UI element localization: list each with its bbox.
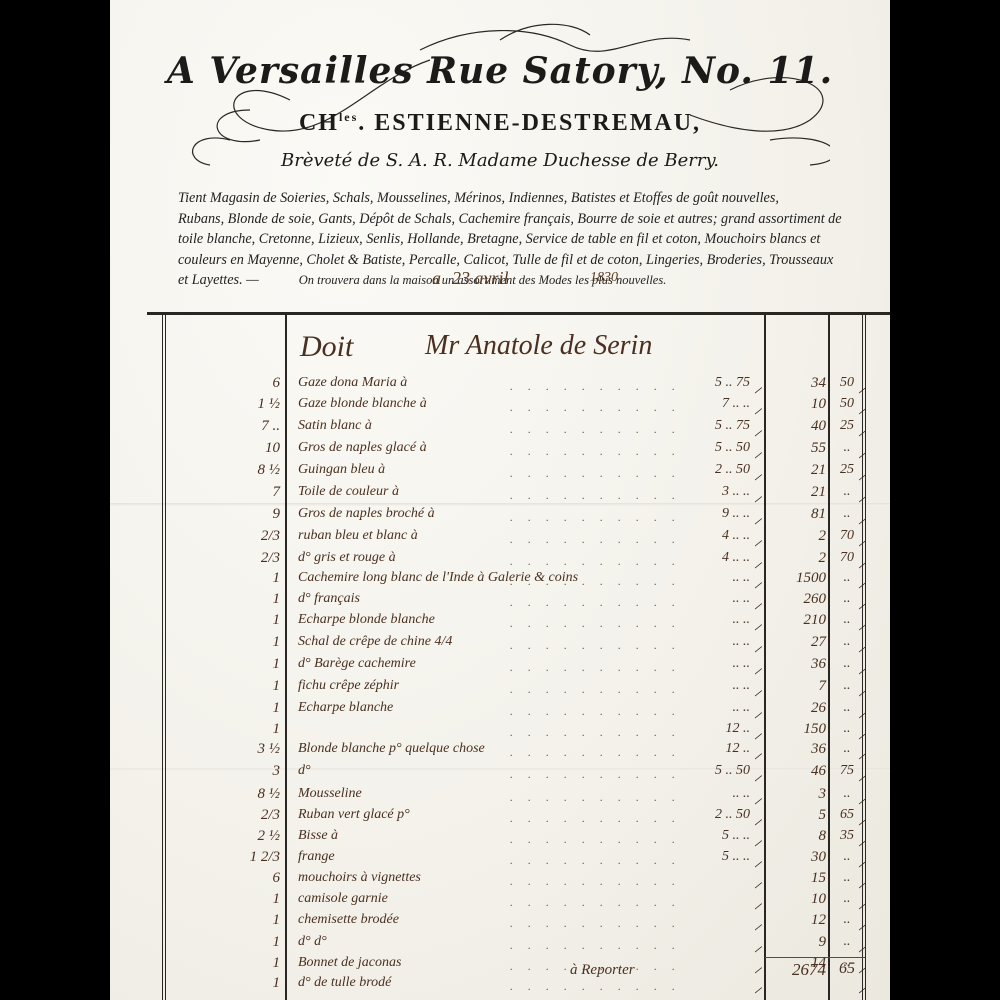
table-row: 7 ..Satin blanc à. . . . . . . . . . . .… [110,418,890,440]
leader-dots: . . . . . . . . . . . . . . [510,554,680,569]
item-quantity: 2/3 [220,807,280,824]
item-quantity: 1 [220,570,280,587]
item-quantity: 10 [220,440,280,457]
item-quantity: 1 [220,656,280,673]
item-quantity: 1 [220,591,280,608]
leader-dots: . . . . . . . . . . . . . . [510,895,680,910]
check-mark-icon: ⸝ [858,934,866,956]
table-row: 1Bonnet de jaconas. . . . . . . . . . . … [110,955,890,977]
item-unit-price: 12 .. [685,741,750,757]
item-description: fichu crêpe zéphir [298,678,399,694]
leader-dots: . . . . . . . . . . . . . . [510,682,680,697]
check-mark-icon: ⸝ [858,462,866,484]
item-amount-francs: 2 [774,550,826,567]
item-amount-francs: 10 [774,396,826,413]
item-description: Ruban vert glacé p° [298,807,410,823]
table-row: 1Echarpe blonde blanche. . . . . . . . .… [110,612,890,634]
item-amount-francs: 150 [774,721,826,738]
trade-line: toile blanche, Cretonne, Lizieux, Senlis… [178,229,888,250]
item-quantity: 1 2/3 [220,849,280,866]
check-mark-icon: ⸝ [754,656,762,678]
doit-label: Doit [300,330,353,364]
leader-dots: . . . . . . . . . . . . . . [510,466,680,481]
check-mark-icon: ⸝ [754,912,762,934]
check-mark-icon: ⸝ [858,828,866,850]
check-mark-icon: ⸝ [754,849,762,871]
check-mark-icon: ⸝ [754,462,762,484]
royal-warrant: Brèveté de S. A. R. Madame Duchesse de B… [110,150,890,171]
item-unit-price: 12 .. [685,721,750,737]
leader-dots: . . . . . . . . . . . . . . [510,725,680,740]
leader-dots: . . . . . . . . . . . . . . [510,422,680,437]
address-heading: A Versailles Rue Satory, No. 11. [110,50,890,92]
item-quantity: 1 [220,955,280,972]
item-unit-price: 2 .. 50 [685,462,750,478]
item-quantity: 2/3 [220,550,280,567]
item-amount-francs: 7 [774,678,826,695]
item-description: Satin blanc à [298,418,372,434]
item-unit-price: 5 .. 50 [685,763,750,779]
item-description: d° gris et rouge à [298,550,396,566]
check-mark-icon: ⸝ [754,721,762,743]
merchant-prefix: CH [299,110,339,136]
check-mark-icon: ⸝ [858,912,866,934]
check-mark-icon: ⸝ [754,418,762,440]
item-unit-price: 5 .. .. [685,828,750,844]
check-mark-icon: ⸝ [858,786,866,808]
leader-dots: . . . . . . . . . . . . . . [510,938,680,953]
item-description: d° de tulle brodé [298,975,391,991]
table-row: 6mouchoirs à vignettes. . . . . . . . . … [110,870,890,892]
check-mark-icon: ⸝ [754,807,762,829]
trade-line: Rubans, Blonde de soie, Gants, Dépôt de … [178,209,888,230]
item-quantity: 1 [220,912,280,929]
check-mark-icon: ⸝ [858,591,866,613]
leader-dots: . . . . . . . . . . . . . . [510,832,680,847]
item-description: camisole garnie [298,891,388,907]
item-description: d° [298,763,311,779]
item-description: Gros de naples broché à [298,506,435,522]
date-year: 1830 [590,270,618,286]
check-mark-icon: ⸝ [858,849,866,871]
check-mark-icon: ⸝ [754,484,762,506]
item-amount-francs: 210 [774,612,826,629]
item-amount-francs: 36 [774,656,826,673]
merchant-surname: ESTIENNE-DESTREMAU, [374,110,701,136]
item-quantity: 1 [220,700,280,717]
item-quantity: 1 [220,678,280,695]
check-mark-icon: ⸝ [754,528,762,550]
leader-dots: . . . . . . . . . . . . . . [510,811,680,826]
table-row: 1d° d°. . . . . . . . . . . . . .⸝9..⸝ [110,934,890,956]
leader-dots: . . . . . . . . . . . . . . [510,660,680,675]
check-mark-icon: ⸝ [858,570,866,592]
trade-line: Tient Magasin de Soieries, Schals, Mouss… [178,188,888,209]
check-mark-icon: ⸝ [754,375,762,397]
item-quantity: 3 [220,763,280,780]
item-quantity: 1 ½ [220,396,280,413]
table-row: 9Gros de naples broché à. . . . . . . . … [110,506,890,528]
check-mark-icon: ⸝ [754,700,762,722]
calligraphic-flourish-icon [170,20,830,170]
table-row: 1Cachemire long blanc de l'Inde à Galeri… [110,570,890,592]
check-mark-icon: ⸝ [858,612,866,634]
check-mark-icon: ⸝ [858,741,866,763]
item-description: Blonde blanche p° quelque chose [298,741,485,757]
table-row: 1. . . . . . . . . . . . . .12 ..⸝150..⸝ [110,721,890,743]
item-quantity: 2 ½ [220,828,280,845]
leader-dots: . . . . . . . . . . . . . . [510,574,680,589]
check-mark-icon: ⸝ [858,375,866,397]
merchant-name: CHles. ESTIENNE-DESTREMAU, [110,110,890,137]
check-mark-icon: ⸝ [858,656,866,678]
check-mark-icon: ⸝ [858,700,866,722]
item-unit-price: .. .. [685,634,750,650]
item-unit-price: .. .. [685,700,750,716]
item-quantity: 1 [220,634,280,651]
trade-line: couleurs en Mayenne, Cholet & Batiste, P… [178,250,888,271]
leader-dots: . . . . . . . . . . . . . . [510,532,680,547]
table-top-rule [147,312,890,315]
invoice-document: A Versailles Rue Satory, No. 11. CHles. … [110,0,890,1000]
table-row: 8 ½Mousseline. . . . . . . . . . . . . .… [110,786,890,808]
leader-dots: . . . . . . . . . . . . . . [510,638,680,653]
item-quantity: 6 [220,870,280,887]
item-unit-price: .. .. [685,678,750,694]
check-mark-icon: ⸝ [858,807,866,829]
item-description: Guingan bleu à [298,462,385,478]
item-unit-price: 5 .. 75 [685,375,750,391]
leader-dots: . . . . . . . . . . . . . . [510,595,680,610]
item-description: chemisette brodée [298,912,399,928]
item-quantity: 7 .. [220,418,280,435]
table-row: 10Gros de naples glacé à. . . . . . . . … [110,440,890,462]
item-unit-price: .. .. [685,656,750,672]
leader-dots: . . . . . . . . . . . . . . [510,400,680,415]
check-mark-icon: ⸝ [754,440,762,462]
check-mark-icon: ⸝ [858,418,866,440]
item-unit-price: 5 .. 75 [685,418,750,434]
leader-dots: . . . . . . . . . . . . . . [510,379,680,394]
carry-forward-cents: 65 [832,960,862,978]
item-description: Bonnet de jaconas [298,955,401,971]
item-amount-francs: 46 [774,763,826,780]
table-row: 2/3Ruban vert glacé p°. . . . . . . . . … [110,807,890,829]
table-row: 1 ½Gaze blonde blanche à. . . . . . . . … [110,396,890,418]
check-mark-icon: ⸝ [858,763,866,785]
item-quantity: 6 [220,375,280,392]
item-amount-francs: 5 [774,807,826,824]
item-amount-francs: 55 [774,440,826,457]
item-unit-price: 5 .. 50 [685,440,750,456]
check-mark-icon: ⸝ [754,786,762,808]
item-amount-francs: 21 [774,462,826,479]
trade-line-last: et Layettes. — [178,272,259,288]
item-quantity: 7 [220,484,280,501]
item-description: mouchoirs à vignettes [298,870,421,886]
carry-forward-label: à Reporter [570,962,635,979]
table-row: 1camisole garnie. . . . . . . . . . . . … [110,891,890,913]
check-mark-icon: ⸝ [754,870,762,892]
check-mark-icon: ⸝ [754,975,762,997]
check-mark-icon: ⸝ [754,550,762,572]
check-mark-icon: ⸝ [858,975,866,997]
item-amount-francs: 36 [774,741,826,758]
item-description: Toile de couleur à [298,484,399,500]
item-description: Gros de naples glacé à [298,440,427,456]
table-row: 7Toile de couleur à. . . . . . . . . . .… [110,484,890,506]
check-mark-icon: ⸝ [754,678,762,700]
item-amount-francs: 8 [774,828,826,845]
item-quantity: 1 [220,721,280,738]
check-mark-icon: ⸝ [858,484,866,506]
table-row: 2 ½Bisse à. . . . . . . . . . . . . .5 .… [110,828,890,850]
table-row: 1Schal de crêpe de chine 4/4. . . . . . … [110,634,890,656]
table-row: 1fichu crêpe zéphir. . . . . . . . . . .… [110,678,890,700]
date-prefix: a [432,268,441,289]
date-day-month: 23 avril [452,268,509,289]
table-row: 6Gaze dona Maria à. . . . . . . . . . . … [110,375,890,397]
table-row: 1Echarpe blanche. . . . . . . . . . . . … [110,700,890,722]
table-row: 2/3ruban bleu et blanc à. . . . . . . . … [110,528,890,550]
item-description: Mousseline [298,786,362,802]
item-description: frange [298,849,335,865]
table-row: 3 ½Blonde blanche p° quelque chose. . . … [110,741,890,763]
leader-dots: . . . . . . . . . . . . . . [510,745,680,760]
check-mark-icon: ⸝ [858,396,866,418]
item-quantity: 1 [220,975,280,992]
check-mark-icon: ⸝ [858,870,866,892]
check-mark-icon: ⸝ [754,763,762,785]
item-quantity: 2/3 [220,528,280,545]
check-mark-icon: ⸝ [754,396,762,418]
item-description: Echarpe blonde blanche [298,612,435,628]
item-amount-francs: 2 [774,528,826,545]
trade-description: Tient Magasin de Soieries, Schals, Mouss… [178,188,888,291]
item-amount-francs: 9 [774,934,826,951]
table-row: 3d°. . . . . . . . . . . . . .5 .. 50⸝46… [110,763,890,785]
leader-dots: . . . . . . . . . . . . . . [510,874,680,889]
item-unit-price: .. .. [685,612,750,628]
item-description: Gaze blonde blanche à [298,396,427,412]
leader-dots: . . . . . . . . . . . . . . [510,444,680,459]
table-row: 1d° de tulle brodé. . . . . . . . . . . … [110,975,890,997]
check-mark-icon: ⸝ [754,612,762,634]
table-row: 8 ½Guingan bleu à. . . . . . . . . . . .… [110,462,890,484]
check-mark-icon: ⸝ [754,570,762,592]
item-description: d° Barège cachemire [298,656,416,672]
item-quantity: 8 ½ [220,786,280,803]
item-quantity: 8 ½ [220,462,280,479]
item-description: Bisse à [298,828,338,844]
item-unit-price: .. .. [685,570,750,586]
item-amount-francs: 30 [774,849,826,866]
table-row: 2/3d° gris et rouge à. . . . . . . . . .… [110,550,890,572]
check-mark-icon: ⸝ [858,550,866,572]
item-amount-francs: 21 [774,484,826,501]
item-quantity: 9 [220,506,280,523]
item-amount-francs: 10 [774,891,826,908]
item-amount-francs: 1500 [774,570,826,587]
item-amount-francs: 12 [774,912,826,929]
item-amount-francs: 27 [774,634,826,651]
check-mark-icon: ⸝ [754,955,762,977]
check-mark-icon: ⸝ [858,721,866,743]
item-amount-francs: 40 [774,418,826,435]
item-quantity: 3 ½ [220,741,280,758]
item-unit-price: 2 .. 50 [685,807,750,823]
check-mark-icon: ⸝ [858,528,866,550]
check-mark-icon: ⸝ [858,506,866,528]
check-mark-icon: ⸝ [754,828,762,850]
item-amount-francs: 15 [774,870,826,887]
check-mark-icon: ⸝ [754,634,762,656]
item-description: d° d° [298,934,327,950]
item-unit-price: .. .. [685,786,750,802]
item-amount-francs: 34 [774,375,826,392]
item-amount-francs: 260 [774,591,826,608]
item-description: Echarpe blanche [298,700,393,716]
item-description: Gaze dona Maria à [298,375,407,391]
leader-dots: . . . . . . . . . . . . . . [510,790,680,805]
check-mark-icon: ⸝ [754,891,762,913]
leader-dots: . . . . . . . . . . . . . . [510,616,680,631]
check-mark-icon: ⸝ [858,891,866,913]
check-mark-icon: ⸝ [754,934,762,956]
item-unit-price: 4 .. .. [685,528,750,544]
table-row: 1chemisette brodée. . . . . . . . . . . … [110,912,890,934]
check-mark-icon: ⸝ [858,634,866,656]
customer-name: Mr Anatole de Serin [425,330,652,362]
item-unit-price: 7 .. .. [685,396,750,412]
item-unit-price: 3 .. .. [685,484,750,500]
item-quantity: 1 [220,612,280,629]
table-row: 1d° Barège cachemire. . . . . . . . . . … [110,656,890,678]
item-unit-price: 4 .. .. [685,550,750,566]
item-quantity: 1 [220,891,280,908]
leader-dots: . . . . . . . . . . . . . . [510,979,680,994]
item-description: Schal de crêpe de chine 4/4 [298,634,452,650]
leader-dots: . . . . . . . . . . . . . . [510,853,680,868]
leader-dots: . . . . . . . . . . . . . . [510,510,680,525]
item-description: d° français [298,591,360,607]
merchant-prefix-sup: les [339,110,358,124]
check-mark-icon: ⸝ [858,440,866,462]
leader-dots: . . . . . . . . . . . . . . [510,488,680,503]
item-quantity: 1 [220,934,280,951]
table-row: 1 2/3frange. . . . . . . . . . . . . .5 … [110,849,890,871]
item-unit-price: 5 .. .. [685,849,750,865]
check-mark-icon: ⸝ [754,591,762,613]
item-unit-price: .. .. [685,591,750,607]
leader-dots: . . . . . . . . . . . . . . [510,704,680,719]
item-description: ruban bleu et blanc à [298,528,418,544]
item-amount-francs: 26 [774,700,826,717]
table-row: 1d° français. . . . . . . . . . . . . ..… [110,591,890,613]
item-amount-francs: 81 [774,506,826,523]
check-mark-icon: ⸝ [754,506,762,528]
item-amount-francs: 3 [774,786,826,803]
leader-dots: . . . . . . . . . . . . . . [510,916,680,931]
check-mark-icon: ⸝ [754,741,762,763]
check-mark-icon: ⸝ [858,678,866,700]
carry-forward-francs: 2674 [774,960,826,980]
item-unit-price: 9 .. .. [685,506,750,522]
leader-dots: . . . . . . . . . . . . . . [510,767,680,782]
